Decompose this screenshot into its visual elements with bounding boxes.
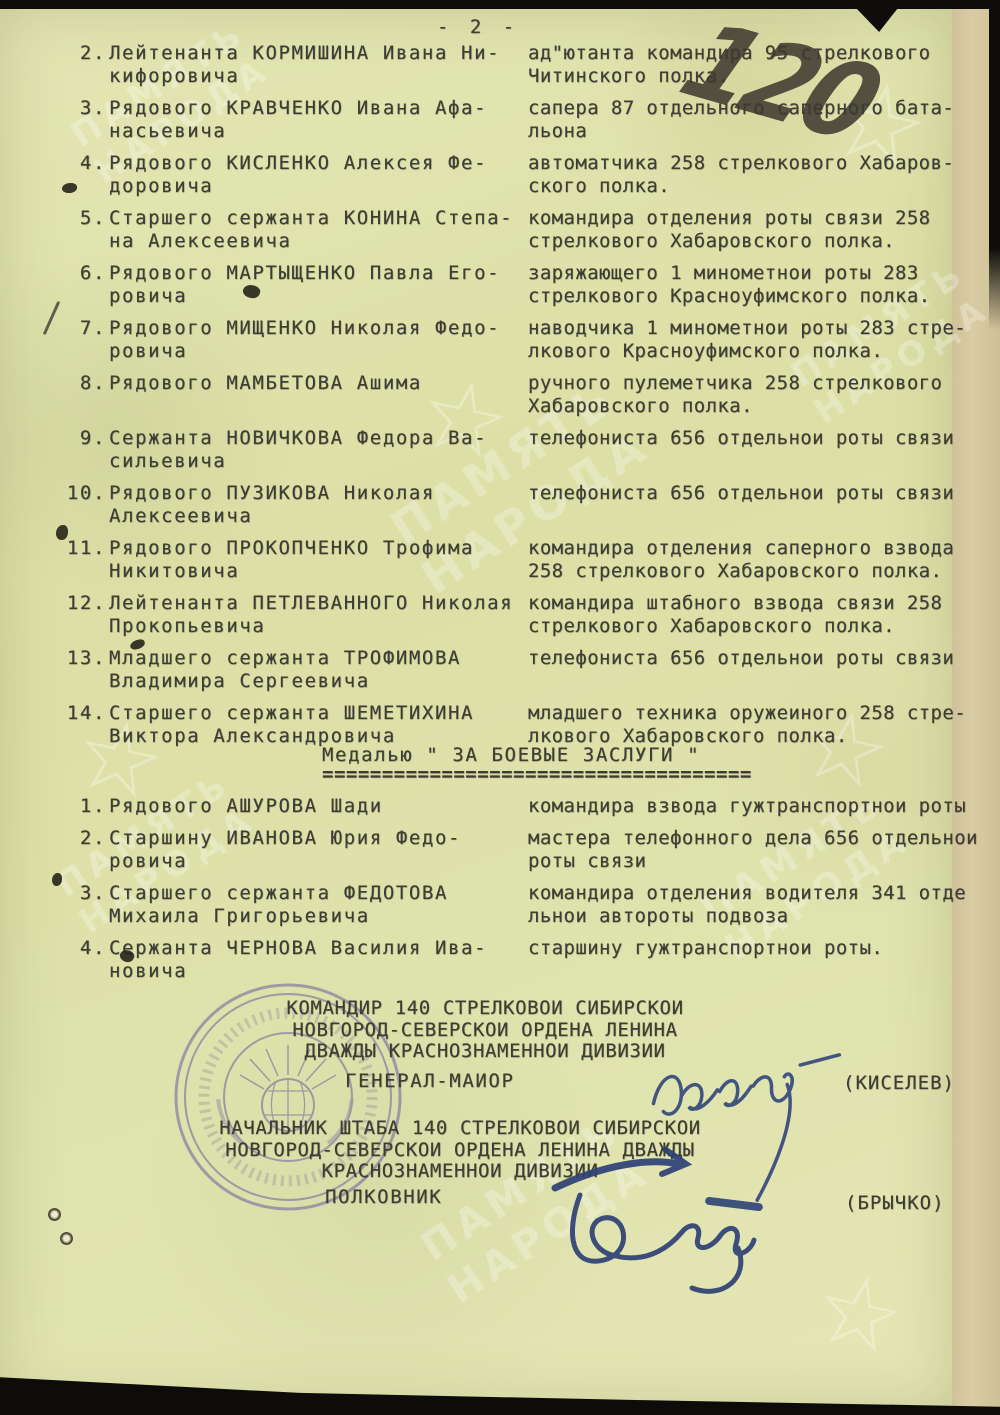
entry-name: Рядового МАРТЫЩЕНКО Павла Его- ровича	[109, 262, 500, 308]
entry-number: 7.	[60, 317, 106, 363]
entry-number: 12.	[60, 592, 106, 638]
entry-position: сапера 87 отдельного саперного бата- льо…	[518, 97, 988, 143]
entry-name: Старшего сержанта ФЕДОТОВА Михаила Григо…	[109, 882, 448, 928]
award-entry: 9.Сержанта НОВИЧКОВА Федора Ва- сильевич…	[60, 427, 990, 473]
entry-name: Лейтенанта КОРМИШИНА Ивана Ни- кифорович…	[109, 42, 500, 88]
entry-name: Рядового ПУЗИКОВА Николая Алексеевича	[109, 482, 435, 528]
award-entry: 2.Лейтенанта КОРМИШИНА Ивана Ни- кифоров…	[60, 42, 990, 88]
entry-position: старшину гужтранспортнои роты.	[518, 937, 988, 983]
entry-number: 8.	[60, 372, 106, 418]
award-list-2: 1.Рядового АШУРОВА Шади командира взвода…	[60, 795, 990, 992]
award-entry: 4.Рядового КИСЛЕНКО Алексея Фе- доровича…	[60, 152, 990, 198]
entry-name: Рядового МИЩЕНКО Николая Федо- ровича	[109, 317, 500, 363]
entry-position: командира отделения роты связи 258 стрел…	[518, 207, 988, 253]
award-entry: 2.Старшину ИВАНОВА Юрия Федо- ровича мас…	[60, 827, 990, 873]
award-entry: 6.Рядового МАРТЫЩЕНКО Павла Его- ровича …	[60, 262, 990, 308]
entry-position: телефониста 656 отдельнои роты связи	[518, 482, 988, 528]
entry-number: 2.	[60, 827, 106, 873]
entry-number: 6.	[60, 262, 106, 308]
entry-name: Младшего сержанта ТРОФИМОВА Владимира Се…	[109, 647, 461, 693]
entry-name: Рядового ПРОКОПЧЕНКО Трофима Никитовича	[109, 537, 474, 583]
medal-section-header: Медалью " ЗА БОЕВЫЕ ЗАСЛУГИ " ==========…	[322, 744, 752, 785]
entry-name: Старшего сержанта КОНИНА Степа- на Алекс…	[109, 207, 513, 253]
award-entry: 14.Старшего сержанта ШЕМЕТИХИНА Виктора …	[60, 702, 990, 748]
entry-position: командира штабного взвода связи 258 стре…	[518, 592, 988, 638]
entry-name: Рядового КРАВЧЕНКО Ивана Афа- насьевича	[109, 97, 487, 143]
entry-name: Старшего сержанта ШЕМЕТИХИНА Виктора Але…	[109, 702, 474, 748]
entry-number: 13.	[60, 647, 106, 693]
entry-position: командира отделения саперного взвода 258…	[518, 537, 988, 583]
entry-name: Сержанта НОВИЧКОВА Федора Ва- сильевича	[109, 427, 487, 473]
entry-number: 1.	[60, 795, 106, 818]
signature-surname-chief-of-staff: (БРЫЧКО)	[845, 1192, 945, 1214]
award-entry: 12.Лейтенанта ПЕТЛЕВАННОГО Николая Проко…	[60, 592, 990, 638]
entry-name: Старшину ИВАНОВА Юрия Федо- ровича	[109, 827, 461, 873]
chief-of-staff-signature-icon	[420, 1140, 770, 1315]
punch-hole	[48, 1208, 61, 1221]
entry-position: ручного пулеметчика 258 стрелкового Хаба…	[518, 372, 988, 418]
entry-number: 14.	[60, 702, 106, 748]
entry-name: Рядового МАМБЕТОВА Ашима	[109, 372, 422, 418]
entry-number: 3.	[60, 882, 106, 928]
entry-position: заряжающего 1 минометнои роты 283 стрелк…	[518, 262, 988, 308]
entry-position: наводчика 1 минометнои роты 283 стре- лк…	[518, 317, 988, 363]
award-entry: 11.Рядового ПРОКОПЧЕНКО Трофима Никитови…	[60, 537, 990, 583]
award-entry: 10.Рядового ПУЗИКОВА Николая Алексеевича…	[60, 482, 990, 528]
scan-top-edge	[0, 0, 1000, 9]
medal-section-underline: ====================================	[322, 763, 752, 785]
award-entry: 7.Рядового МИЩЕНКО Николая Федо- ровича …	[60, 317, 990, 363]
entry-position: телефониста 656 отдельнои роты связи	[518, 647, 988, 693]
entry-position: мастера телефонного дела 656 отдельнои р…	[518, 827, 988, 873]
award-entry: 1.Рядового АШУРОВА Шади командира взвода…	[60, 795, 990, 818]
punch-hole	[60, 1232, 73, 1245]
award-entry: 8.Рядового МАМБЕТОВА Ашима ручного пулем…	[60, 372, 990, 418]
entry-number: 3.	[60, 97, 106, 143]
entry-number: 10.	[60, 482, 106, 528]
entry-position: телефониста 656 отдельнои роты связи	[518, 427, 988, 473]
entry-position: автоматчика 258 стрелкового Хабаров- ско…	[518, 152, 988, 198]
entry-position: командира отделения водителя 341 отде ль…	[518, 882, 988, 928]
award-entry: 13.Младшего сержанта ТРОФИМОВА Владимира…	[60, 647, 990, 693]
entry-number: 4.	[60, 937, 106, 983]
entry-name: Рядового АШУРОВА Шади	[109, 795, 383, 818]
award-list-1: 2.Лейтенанта КОРМИШИНА Ивана Ни- кифоров…	[60, 42, 990, 757]
page-number: - 2 -	[437, 16, 519, 38]
entry-position: ад"ютанта командира 95 стрелкового Читин…	[518, 42, 988, 88]
entry-number: 2.	[60, 42, 106, 88]
entry-number: 5.	[60, 207, 106, 253]
scan-right-edge	[989, 0, 1000, 330]
award-entry: 5.Старшего сержанта КОНИНА Степа- на Але…	[60, 207, 990, 253]
award-entry: 3.Старшего сержанта ФЕДОТОВА Михаила Гри…	[60, 882, 990, 928]
signature-rank-commander: ГЕНЕРАЛ-МАИОР	[345, 1070, 515, 1092]
award-entry: 3.Рядового КРАВЧЕНКО Ивана Афа- насьевич…	[60, 97, 990, 143]
entry-number: 11.	[60, 537, 106, 583]
entry-position: младшего техника оружеиного 258 стре- лк…	[518, 702, 988, 748]
entry-name: Рядового КИСЛЕНКО Алексея Фе- доровича	[109, 152, 487, 198]
entry-position: командира взвода гужтранспортнои роты	[518, 795, 988, 818]
entry-name: Лейтенанта ПЕТЛЕВАННОГО Николая Прокопье…	[109, 592, 513, 638]
entry-number: 9.	[60, 427, 106, 473]
